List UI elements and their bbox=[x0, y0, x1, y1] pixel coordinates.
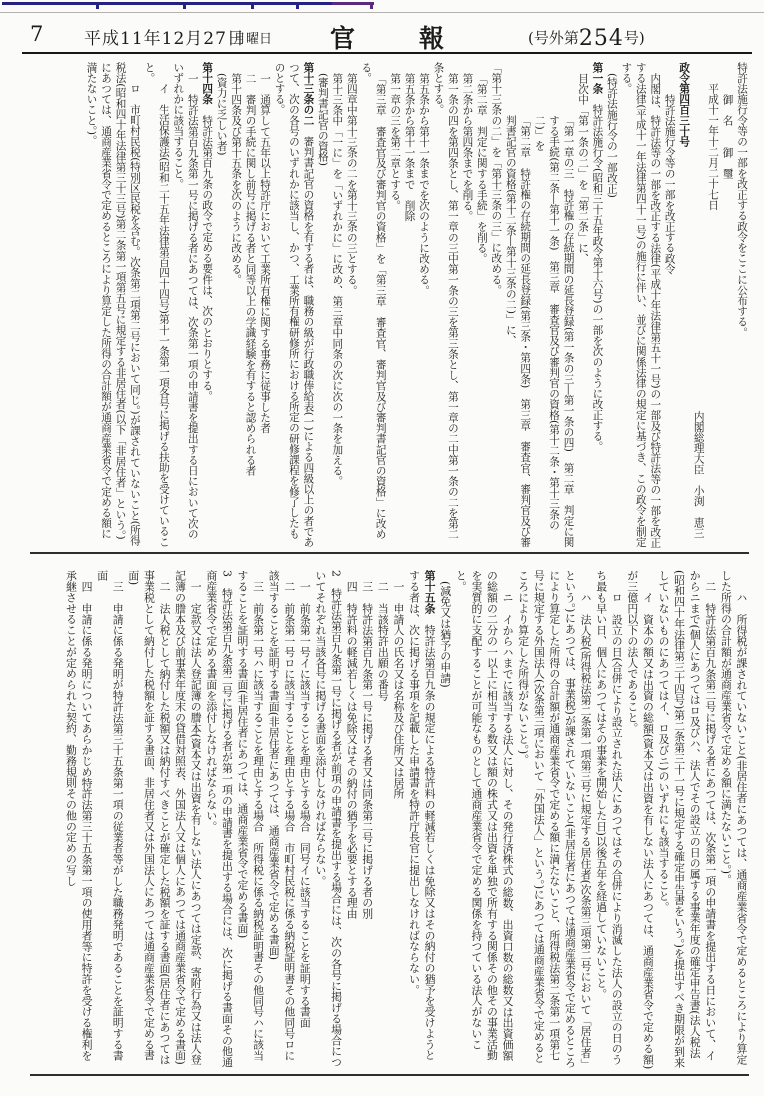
text-column-paragraph: 目次中「第一条の二」を「第二条」に、 bbox=[576, 62, 590, 548]
link-underline-bar bbox=[2, 2, 332, 5]
article-number-bold: 第十四条 bbox=[201, 62, 213, 104]
text-column-paragraph: 特許法施行令等の一部を改正する政令 bbox=[662, 62, 676, 548]
text-column-paragraph: 政令第四百三十号 bbox=[677, 62, 691, 548]
issue-suffix: 号) bbox=[624, 29, 645, 47]
page-number: 7 bbox=[30, 22, 43, 46]
text-column-paragraph: 二 特許法第百九条第二号に掲げる者にあつては、次条第一項の申請書を提出する日にお… bbox=[655, 570, 717, 1070]
text-column-paragraph: イ 生活保護法(昭和二十五年法律第百四十四号)第十一条第一項各号に掲げる扶助を受… bbox=[142, 62, 171, 548]
gazette-page: 7 平成11年12月27日 月曜日 官報 (号外第254号) 特許法施行令等の一… bbox=[0, 0, 764, 1096]
article-number-bold: 政令第四百三十号 bbox=[678, 62, 690, 147]
text-column-paragraph: 第十三条中「一に」を「いずれかに」に改め、第三章中同条の次に次の一条を加える。 bbox=[330, 62, 344, 548]
text-column-paragraph: 四 申請に係る発明についてあらかじめ特許法第三十五条第一項の使用者等に特許を受け… bbox=[63, 570, 94, 1070]
issue-prefix: (号外第 bbox=[528, 29, 579, 47]
text-column-paragraph: (減免又は猶予の申請) bbox=[437, 570, 453, 1070]
text-column-paragraph: イ 資本の額又は出資の総額(資本又は出資を有しない法人にあつては、通商産業省令で… bbox=[624, 570, 655, 1070]
text-column-paragraph: 第一条の四を第四条とし、第一章の三中第一条の三を第三条とし、第一章の二中第一条の… bbox=[431, 62, 460, 548]
text-column-paragraph: ハ 法人税(所得税法第二条第一項第三号に規定する居住者(次条第三項第二号において… bbox=[515, 570, 593, 1070]
text-column-paragraph: 「第十三条の二」を「第十三条の三」に改める。 bbox=[489, 62, 503, 548]
text-column-paragraph: ニ イからハまでに該当する法人に対し、その発行済株式の総数、出資口数の総数又は出… bbox=[453, 570, 515, 1070]
link-tick bbox=[296, 5, 299, 9]
text-column-paragraph: 第十四条 特許法第百九条の政令で定める要件は、次のとおりとする。 bbox=[200, 62, 214, 548]
text-column-paragraph: 御 名 御 璽 bbox=[720, 62, 734, 548]
text-column-paragraph: 二 前条第一号ロに該当することを理由とする場合 市町村民税に係る納税証明書その他… bbox=[266, 570, 297, 1070]
issue-date: 平成11年12月27日 bbox=[84, 24, 245, 49]
link-underline-bar-purple bbox=[332, 2, 374, 5]
text-column-paragraph: 第四章中第十三条の二を第十三条の三とする。 bbox=[344, 62, 358, 548]
link-tick bbox=[251, 5, 254, 9]
article-number-bold: 第十三条の二 bbox=[302, 62, 314, 126]
text-column-paragraph: (特許法施行令の一部改正) bbox=[604, 62, 618, 548]
gazette-title-po: 報 bbox=[419, 24, 444, 53]
section-divider-rule bbox=[30, 552, 749, 554]
text-column-paragraph: 一 前条第一号イに該当することを理由とする場合 同号イに該当することを証明する書… bbox=[297, 570, 313, 1070]
text-column-paragraph: 3 特許法第百九条第二号に掲げる者が第一項の申請書を提出する場合には、次に掲げる… bbox=[203, 570, 234, 1070]
header-rule bbox=[22, 52, 752, 54]
text-column-paragraph: 一 定款又は法人登記簿の謄本(資本又は出資を有しない法人にあつては定款、寄附行為… bbox=[172, 570, 203, 1070]
text-column-paragraph: 平成十一年十二月二十七日 bbox=[706, 62, 720, 548]
text-column-paragraph: 第一条 特許法施行令(昭和三十五年政令第十六号)の一部を次のように改正する。 bbox=[590, 62, 604, 548]
weekday: 月曜日 bbox=[233, 28, 272, 47]
gazette-title: 官報 bbox=[330, 19, 444, 55]
text-column-paragraph: 第一章の三を第二章とする。 bbox=[388, 62, 402, 548]
text-column-paragraph: ロ 市町村民税(特別区民税を含む。次条第二項第二号において同じ。)が課されていな… bbox=[84, 62, 142, 548]
text-column-paragraph: 二 法人税として納付した税額又は納付すべきことが確定した税額を証する書面(居住者… bbox=[125, 570, 172, 1070]
text-column-paragraph: 2 特許法第百九条第一号に掲げる者が前項の申請書を提出する場合には、次の各号に掲… bbox=[312, 570, 343, 1070]
text-column-paragraph: 特許法施行令等の一部を改正する政令をここに公布する。 bbox=[735, 62, 749, 548]
text-column-paragraph: 一 申請人の氏名又は名称及び住所又は居所 bbox=[390, 570, 406, 1070]
link-tick bbox=[96, 5, 99, 9]
text-column-paragraph: 内閣は、特許法等の一部を改正する法律(平成十年法律第五十一号)の一部及び特許法等… bbox=[619, 62, 662, 548]
text-column-paragraph: 四 特許料の軽減若しくは免除又はその納付の猶予を必要とする理由 bbox=[344, 570, 360, 1070]
text-column-paragraph: 「第一章の三 特許権の存続期間の延長登録(第一条の三―第一条の四) 第二章 判定… bbox=[532, 62, 575, 548]
article-number-bold: 第一条 bbox=[591, 62, 603, 94]
text-column-paragraph: ロ 設立の日(合併により設立された法人にあつてはその合併により消滅した法人の設立… bbox=[593, 570, 624, 1070]
text-column-paragraph: ハ 所得税が課されていないこと(非居住者にあつては、通商産業省令で定めるところに… bbox=[718, 570, 749, 1070]
text-column-paragraph: 「第三章 審査官及び審判官の資格」を「第三章 審査官、審判官及び審判書記官の資格… bbox=[359, 62, 388, 548]
text-column-paragraph: 「第二章 特許権の存続期間の延長登録(第三条・第四条) 第三章 審査官、審判官及… bbox=[503, 62, 532, 548]
text-column-paragraph: 一 通算して五年以上特許庁において工業所有権に関する事務に従事した者 bbox=[258, 62, 272, 548]
text-column-paragraph: 三 前条第一号ハに該当することを理由とする場合 所得税に係る納税証明書その他同号… bbox=[234, 570, 265, 1070]
cropped-links-artifact bbox=[0, 0, 764, 10]
text-column-paragraph: 第十五条 特許法第百九条の規定による特許料の軽減若しくは免除又はその納付の猶予を… bbox=[406, 570, 437, 1070]
text-column-paragraph: 第五条から第十一条までを次のように改める。 bbox=[417, 62, 431, 548]
gazette-title-kan: 官 bbox=[330, 24, 355, 53]
top-gray-rule bbox=[0, 12, 764, 13]
text-column-paragraph: (資力に乏しい者) bbox=[214, 62, 228, 548]
text-column-paragraph: 二 審判の手続に関し前号に掲げる者と同等以上の学識経験を有すると認められる者 bbox=[243, 62, 257, 548]
text-column-paragraph: 第十四条及び第十五条を次のように改める。 bbox=[229, 62, 243, 548]
text-column-paragraph: 第二条から第四条までを削る。 bbox=[460, 62, 474, 548]
issue-digits: 254 bbox=[579, 26, 624, 51]
text-column-paragraph: (審判書記官の資格) bbox=[315, 62, 329, 548]
text-column-paragraph: 「第二章 判定に関する手続」を削る。 bbox=[474, 62, 488, 548]
text-column-paragraph: 三 申請に係る発明が特許法第三十五条第一項の従業者等がした職務発明であることを証… bbox=[94, 570, 125, 1070]
text-column-paragraph: 第五条から第十一条まで 削除 bbox=[402, 62, 416, 548]
text-column-paragraph: 二 当該特許出願の番号 bbox=[375, 570, 391, 1070]
issue-number: (号外第254号) bbox=[528, 26, 645, 51]
article-number-bold: 第十五条 bbox=[423, 570, 436, 614]
text-column-paragraph: 三 特許法第百九条第一号に掲げる者又は同条第二号に掲げる者の別 bbox=[359, 570, 375, 1070]
text-column-paragraph: 第十三条の二 審判書記官の資格を有する者は、職務の級が行政職俸給表(一)による四… bbox=[272, 62, 315, 548]
bottom-rule bbox=[30, 1074, 749, 1076]
decree-text-top-section: 特許法施行令等の一部を改正する政令をここに公布する。御 名 御 璽平成十一年十二… bbox=[30, 62, 749, 548]
text-column-paragraph: 内閣総理大臣 小渕 恵三 bbox=[691, 62, 705, 548]
link-tick bbox=[183, 5, 186, 9]
link-tick bbox=[370, 5, 373, 9]
text-column-paragraph: 一 特許法第百九条第一号に掲げる者にあつては、次条第一項の申請書を提出する日にお… bbox=[171, 62, 200, 548]
gazette-header: 7 平成11年12月27日 月曜日 官報 (号外第254号) bbox=[0, 18, 764, 52]
decree-text-bottom-section: ハ 所得税が課されていないこと(非居住者にあつては、通商産業省令で定めるところに… bbox=[30, 570, 749, 1070]
